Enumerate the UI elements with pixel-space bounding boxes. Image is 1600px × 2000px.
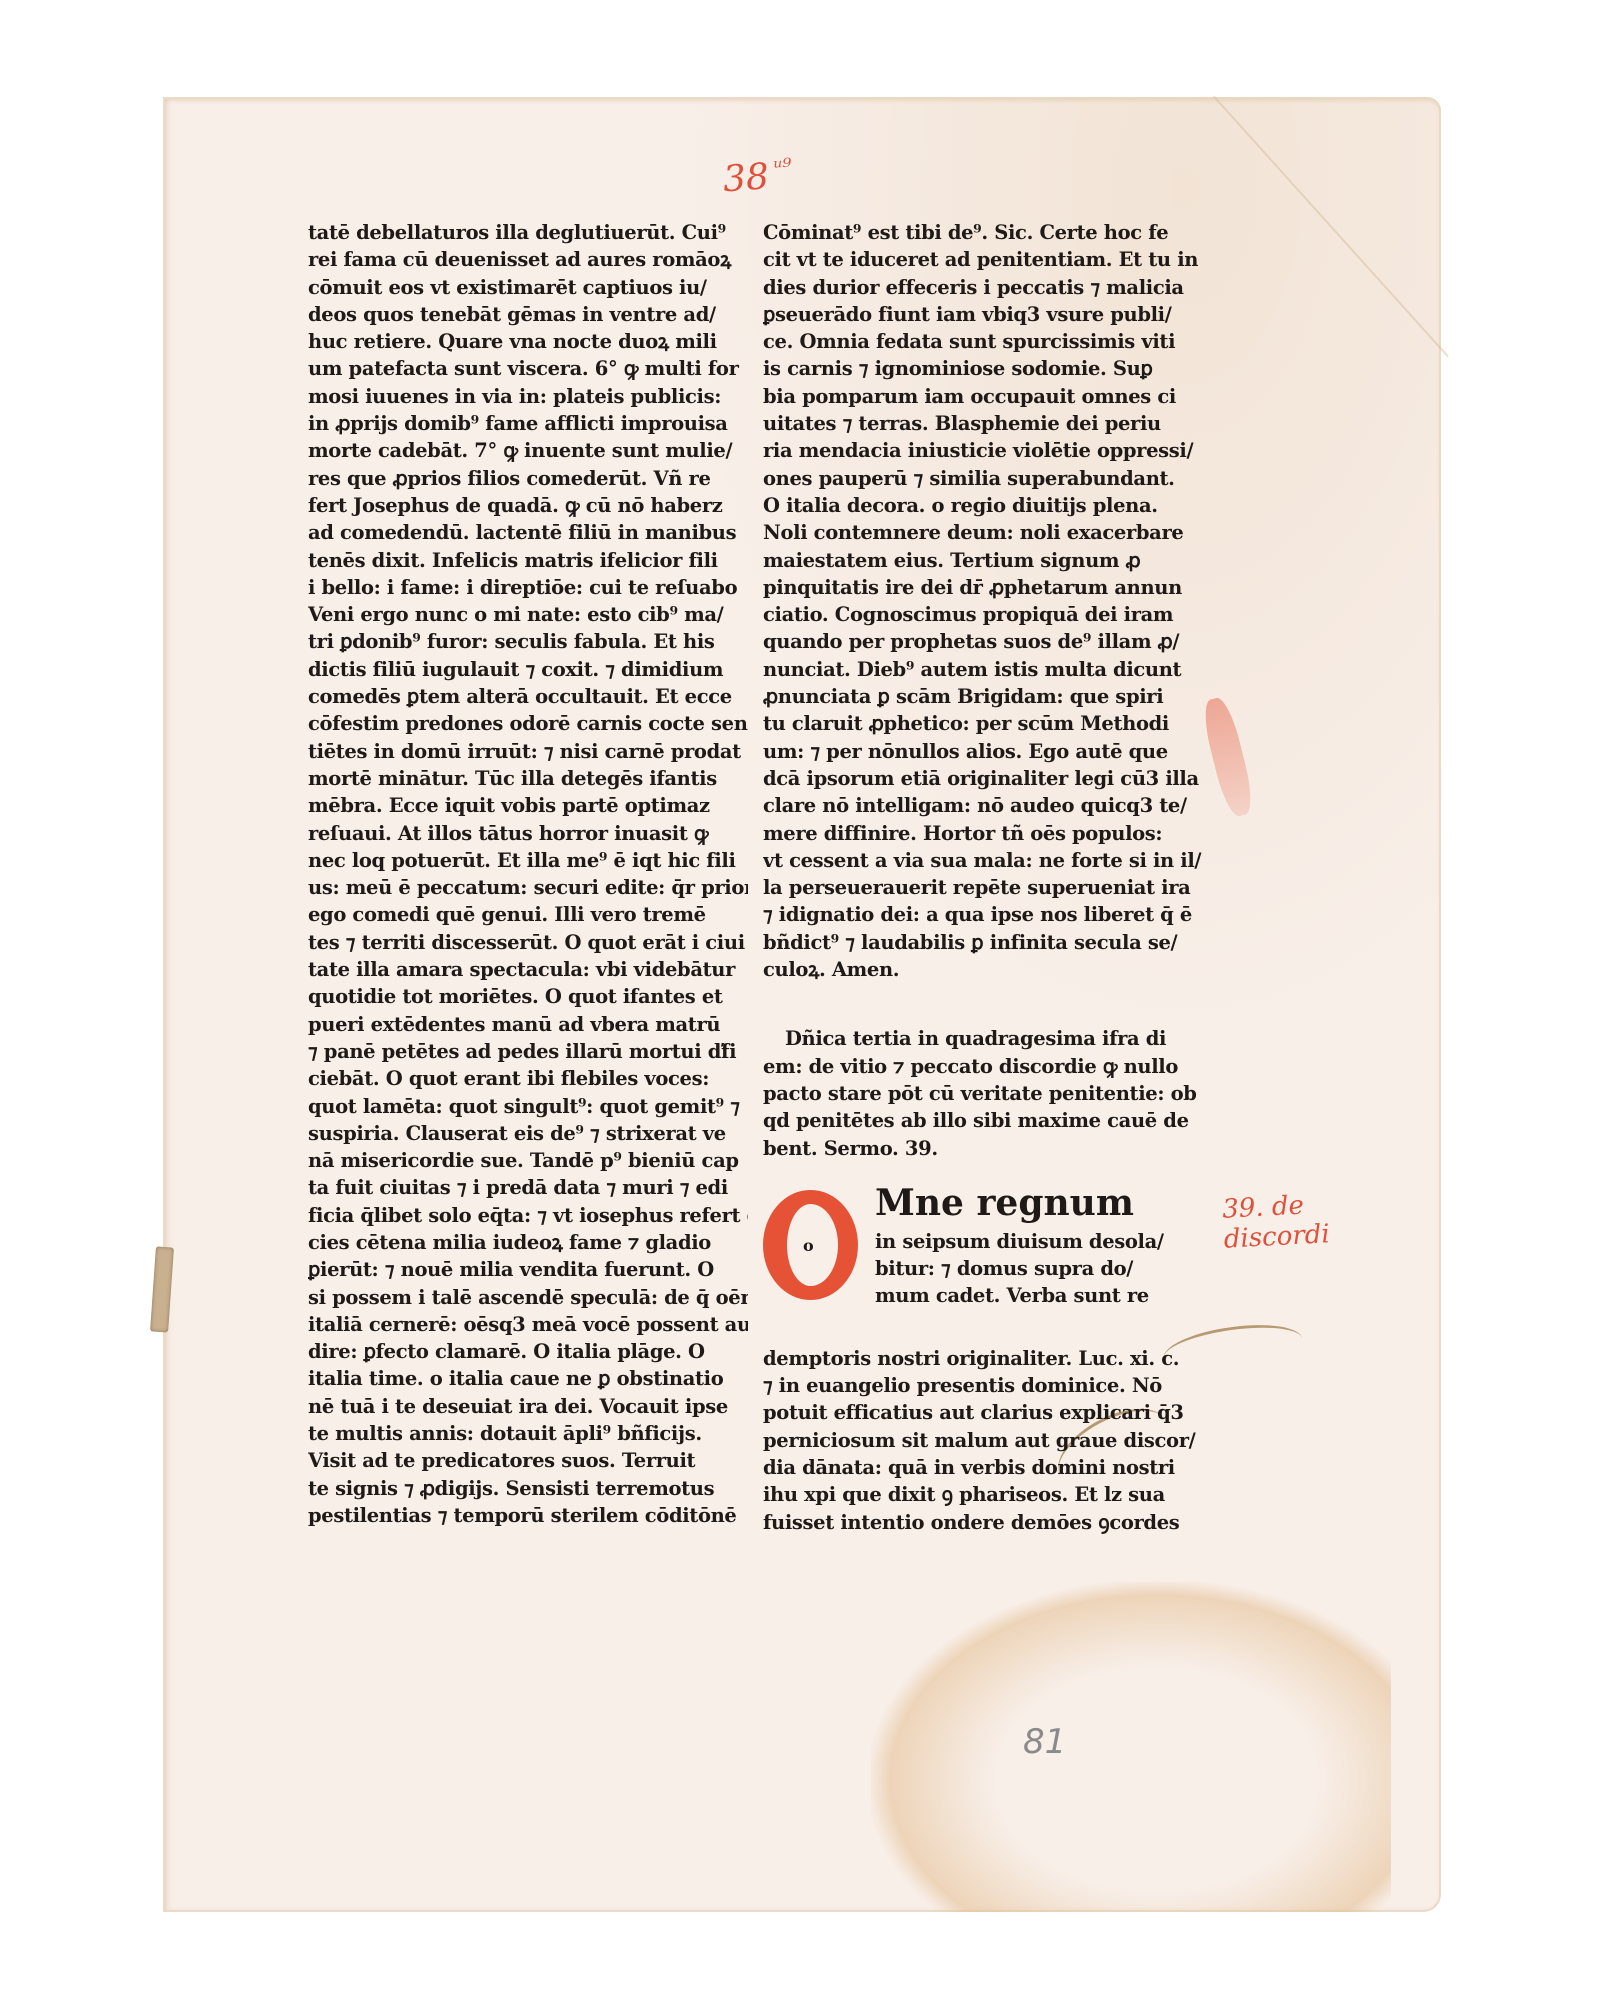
text-line: ⁊ panē petētes ad pedes illarū mortui ďf… bbox=[308, 1038, 748, 1065]
text-line: tate illa amara spectacula: vbi videbātu… bbox=[308, 956, 748, 983]
text-line: morte cadebāt. 7° ꝙ inuente sunt mulie/ bbox=[308, 437, 748, 464]
text-line: tatē debellaturos illa deglutiuerūt. Cui… bbox=[308, 219, 748, 246]
text-line: nē tuā i te deseuiat ira dei. Vocauit ip… bbox=[308, 1393, 748, 1420]
text-line: ego comedi quē genui. Illi vero tremē bbox=[308, 901, 748, 928]
text-line: tiētes in domū irruūt: ⁊ nisi carnē prod… bbox=[308, 738, 748, 765]
text-line: O italia decora. o regio diuitijs plena. bbox=[763, 492, 1218, 519]
text-line: dcā ipsorum etiā originaliter legi cū3 i… bbox=[763, 765, 1218, 792]
text-line: quotidie tot moriētes. O quot ifantes et bbox=[308, 983, 748, 1010]
text-line: is carnis ⁊ ignominiose sodomie. Suꝑ bbox=[763, 355, 1218, 382]
text-line: ria mendacia iniusticie violētie oppress… bbox=[763, 437, 1218, 464]
text-line: pestilentias ⁊ temporū sterilem cōditōnē bbox=[308, 1502, 748, 1529]
marginal-line: discordi bbox=[1223, 1219, 1330, 1255]
text-line: ciebāt. O quot erant ibi flebiles voces: bbox=[308, 1065, 748, 1092]
right-column: Cōminat⁹ est tibi de⁹. Sic. Certe hoc fe… bbox=[763, 219, 1218, 1536]
text-line: fuisset intentio ondere demōes ꝯcordes bbox=[763, 1509, 1218, 1536]
text-line: ficia q̄libet solo eq̄ta: ⁊ vt iosephus … bbox=[308, 1202, 748, 1229]
red-initial-o: o bbox=[763, 1190, 858, 1300]
guide-letter: o bbox=[803, 1232, 813, 1259]
text-line: tes ⁊ territi discesserūt. O quot erāt i… bbox=[308, 929, 748, 956]
text-line: italiā cernerē: oēsq3 meā vocē possent a… bbox=[308, 1311, 748, 1338]
text-line: rei fama cū deuenisset ad aures romāoꝝ bbox=[308, 246, 748, 273]
text-line: tri ꝑdonib⁹ furor: seculis fabula. Et hi… bbox=[308, 628, 748, 655]
text-line: nunciat. Dieb⁹ autem istis multa dicunt bbox=[763, 656, 1218, 683]
text-line: Veni ergo nunc o mi nate: esto cib⁹ ma/ bbox=[308, 601, 748, 628]
rubric-line: pacto stare pōt cū veritate penitentie: … bbox=[763, 1080, 1218, 1107]
text-line: tenēs dixit. Infelicis matris ifelicior … bbox=[308, 547, 748, 574]
text-line: perniciosum sit malum aut graue discor/ bbox=[763, 1427, 1218, 1454]
rubric-line: em: de vitio ⁊ peccato discordie ꝙ nullo bbox=[763, 1053, 1218, 1080]
text-line: potuit efficatius aut clarius explicari … bbox=[763, 1399, 1218, 1426]
text-line: pueri extēdentes manū ad vbera matrū bbox=[308, 1011, 748, 1038]
text-line: tu claruit ꝓphetico: per scūm Methodi bbox=[763, 710, 1218, 737]
section-gap bbox=[763, 983, 1218, 1025]
text-line: italia time. o italia caue ne ꝑ obstinat… bbox=[308, 1365, 748, 1392]
text-line: dies durior effeceris i peccatis ⁊ malic… bbox=[763, 274, 1218, 301]
pencil-number: 81 bbox=[1023, 1722, 1066, 1762]
text-line: dictis filiū iugulauit ⁊ coxit. ⁊ dimidi… bbox=[308, 656, 748, 683]
text-line: cōfestim predones odorē carnis cocte sen bbox=[308, 710, 748, 737]
text-line: ⁊ in euangelio presentis dominice. Nō bbox=[763, 1372, 1218, 1399]
text-line: cit vt te iduceret ad penitentiam. Et tu… bbox=[763, 246, 1218, 273]
text-line: nā misericordie sue. Tandē p⁹ bieniū cap bbox=[308, 1147, 748, 1174]
text-line: in ꝓprijs domib⁹ fame afflicti improuisa bbox=[308, 410, 748, 437]
text-line: dire: ꝑfecto clamarē. O italia plāge. O bbox=[308, 1338, 748, 1365]
text-line: mere diffinire. Hortor tñ oēs populos: bbox=[763, 820, 1218, 847]
text-line: huc retiere. Quare vna nocte duoꝝ mili bbox=[308, 328, 748, 355]
text-line: mosi iuuenes in via in: plateis publicis… bbox=[308, 383, 748, 410]
text-line: quando per prophetas suos de⁹ illam ꝓ/ bbox=[763, 628, 1218, 655]
text-line: ⁊ idignatio dei: a qua ipse nos liberet … bbox=[763, 901, 1218, 928]
text-line: ꝓnunciata ꝑ scām Brigidam: que spiri bbox=[763, 683, 1218, 710]
folio-number: 38ᵘ⁹ bbox=[722, 155, 794, 201]
text-line: culoꝝ. Amen. bbox=[763, 956, 1218, 983]
initial-wrapped-lines: in seipsum diuisum desola/ bitur: ⁊ domu… bbox=[875, 1228, 1164, 1310]
manuscript-leaf: 38ᵘ⁹ tatē debellaturos illa deglutiuerūt… bbox=[163, 97, 1441, 1912]
text-line: Cōminat⁹ est tibi de⁹. Sic. Certe hoc fe bbox=[763, 219, 1218, 246]
text-line: ones pauperū ⁊ similia superabundant. bbox=[763, 465, 1218, 492]
text-line: ad comedendū. lactentē filiū in manibus bbox=[308, 519, 748, 546]
text-line: fert Josephus de quadā. ꝙ cū nō haberz bbox=[308, 492, 748, 519]
rubric-line: Dñica tertia in quadragesima ifra di bbox=[763, 1025, 1218, 1052]
text-line: quot lamēta: quot singult⁹: quot gemit⁹ … bbox=[308, 1093, 748, 1120]
sermon-rubric: Dñica tertia in quadragesima ifra di em:… bbox=[763, 1025, 1218, 1161]
text-line: si possem i talē ascendē speculā: de q̄ … bbox=[308, 1284, 748, 1311]
text-line: mortē minātur. Tūc illa detegēs ifantis bbox=[308, 765, 748, 792]
folio-superscript: ᵘ⁹ bbox=[773, 155, 792, 181]
text-line: ta fuit ciuitas ⁊ i predā data ⁊ muri ⁊ … bbox=[308, 1174, 748, 1201]
text-line: nec loq potuerūt. Et illa me⁹ ē iqt hic … bbox=[308, 847, 748, 874]
text-line: us: meū ē peccatum: securi edite: q̄r pr… bbox=[308, 874, 748, 901]
text-line: te multis annis: dotauit āpli⁹ bñficijs. bbox=[308, 1420, 748, 1447]
water-stain bbox=[871, 1582, 1391, 1912]
text-line: bitur: ⁊ domus supra do/ bbox=[875, 1255, 1164, 1282]
text-line: pinquitatis ire dei dr̄ ꝓphetarum annun bbox=[763, 574, 1218, 601]
text-line: ꝑierūt: ⁊ nouē milia vendita fuerunt. O bbox=[308, 1256, 748, 1283]
text-line: bñdict⁹ ⁊ laudabilis ꝑ infinita secula s… bbox=[763, 929, 1218, 956]
rubric-line: qd penitētes ab illo sibi maxime cauē de bbox=[763, 1107, 1218, 1134]
left-column: tatē debellaturos illa deglutiuerūt. Cui… bbox=[308, 219, 748, 1529]
text-line: dia dānata: quā in verbis domini nostri bbox=[763, 1454, 1218, 1481]
text-line: vt cessent a via sua mala: ne forte si i… bbox=[763, 847, 1218, 874]
sermon-incipit: Mne regnum bbox=[875, 1180, 1134, 1226]
text-line: Visit ad te predicatores suos. Terruit bbox=[308, 1447, 748, 1474]
text-line: reſuaui. At illos tātus horror inuasit ꝙ bbox=[308, 820, 748, 847]
text-line: in seipsum diuisum desola/ bbox=[875, 1228, 1164, 1255]
text-line: te signis ⁊ ꝓdigijs. Sensisti terremotus bbox=[308, 1475, 748, 1502]
text-line: comedēs ꝑtem alterā occultauit. Et ecce bbox=[308, 683, 748, 710]
folio-number-value: 38 bbox=[722, 156, 771, 200]
text-line: bia pomparum iam occupauit omnes ci bbox=[763, 383, 1218, 410]
text-line: i bello: i fame: i direptiōe: cui te reſ… bbox=[308, 574, 748, 601]
text-line: res que ꝓprios filios comederūt. Vñ re bbox=[308, 465, 748, 492]
text-line: uitates ⁊ terras. Blasphemie dei periu bbox=[763, 410, 1218, 437]
corner-fold-crease bbox=[1213, 96, 1449, 357]
text-line: ihu xpi que dixit ꝯ phariseos. Et lz sua bbox=[763, 1481, 1218, 1508]
text-line: suspiria. Clauserat eis de⁹ ⁊ strixerat … bbox=[308, 1120, 748, 1147]
sermon-body: demptoris nostri originaliter. Luc. xi. … bbox=[763, 1345, 1218, 1536]
text-line: clare nō intelligam: nō audeo quicq3 te/ bbox=[763, 792, 1218, 819]
text-line: um: ⁊ per nōnullos alios. Ego autē que bbox=[763, 738, 1218, 765]
text-line: ce. Omnia fedata sunt spurcissimis viti bbox=[763, 328, 1218, 355]
text-line: mēbra. Ecce iquit vobis partē optimaz bbox=[308, 792, 748, 819]
text-line: ꝑseuerādo fiunt iam vbiq3 vsure publi/ bbox=[763, 301, 1218, 328]
text-line: la perseuerauerit repēte superueniat ira bbox=[763, 874, 1218, 901]
rubric-line: bent. Sermo. 39. bbox=[763, 1135, 1218, 1162]
text-line: cōmuit eos vt existimarēt captiuos iu/ bbox=[308, 274, 748, 301]
marginal-annotation: 39. de discordi bbox=[1222, 1189, 1331, 1254]
text-line: Noli contemnere deum: noli exacerbare bbox=[763, 519, 1218, 546]
text-line: mum cadet. Verba sunt re bbox=[875, 1282, 1164, 1309]
sermon-opening: o Mne regnum in seipsum diuisum desola/ … bbox=[763, 1180, 1218, 1360]
text-line: um patefacta sunt viscera. 6° ꝙ multi fo… bbox=[308, 355, 748, 382]
text-line: ciatio. Cognoscimus propiquā dei iram bbox=[763, 601, 1218, 628]
text-line: deos quos tenebāt gēmas in ventre ad/ bbox=[308, 301, 748, 328]
spine-tear bbox=[150, 1246, 174, 1332]
text-line: maiestatem eius. Tertium signum ꝓ bbox=[763, 547, 1218, 574]
text-line: cies cētena milia iudeoꝝ fame ⁊ gladio bbox=[308, 1229, 748, 1256]
